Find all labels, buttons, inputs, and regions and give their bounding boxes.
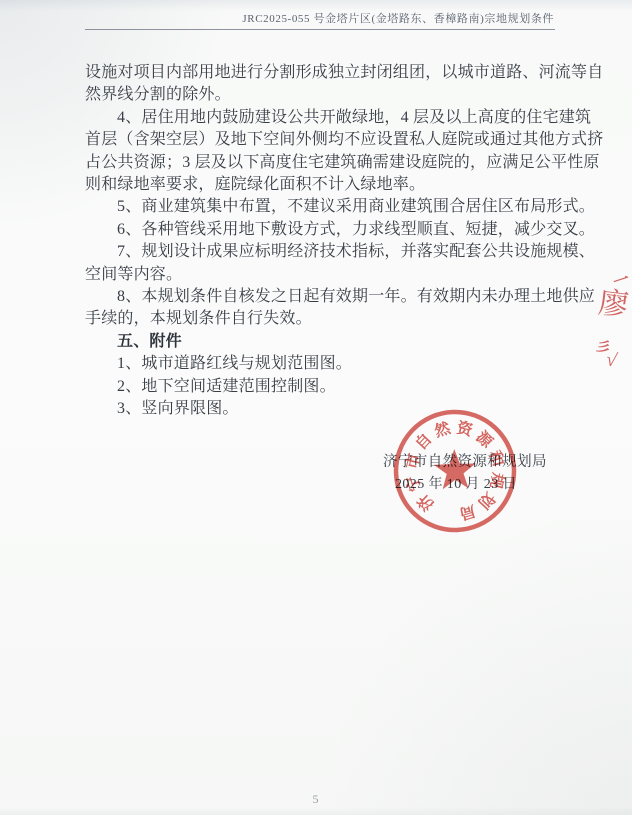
svg-text:局: 局 — [458, 501, 478, 523]
body-line: 手续的，本规划条件自行失效。 — [85, 308, 559, 330]
svg-text:然: 然 — [432, 418, 453, 441]
body-line: 首层（含架空层）及地下空间外侧均不应设置私人庭院或通过其他方式挤 — [85, 129, 559, 151]
svg-text:源: 源 — [473, 428, 497, 452]
body-line: 占公共资源；3 层及以下高度住宅建筑确需建设庭院的，应满足公平性原 — [85, 152, 559, 174]
body-line: 8、本规划条件自核发之日起有效期一年。有效期内未办理土地供应 — [85, 286, 559, 308]
body-line: 1、城市道路红线与规划范围图。 — [85, 353, 559, 375]
body-line: 空间等内容。 — [85, 264, 559, 286]
page-number: 5 — [0, 792, 632, 807]
svg-text:资: 资 — [455, 418, 475, 440]
header-title: JRC2025-055 号金塔片区(金塔路东、香樟路南)宗地规划条件 — [242, 10, 554, 26]
body-line: 设施对项目内部用地进行分割形成独立封闭组团，以城市道路、河流等自 — [85, 62, 559, 84]
handwritten-mark: 廖 — [596, 277, 631, 324]
svg-text:市: 市 — [402, 451, 424, 471]
body-line: 五、附件 — [85, 331, 559, 353]
body-line: 然界线分割的除外。 — [85, 84, 559, 106]
svg-text:划: 划 — [474, 489, 498, 513]
body-line: 5、商业建筑集中布置，不建议采用商业建筑围合居住区布局形式。 — [85, 196, 559, 218]
body-line: 4、居住用地内鼓励建设公共开敞绿地，4 层及以上高度的住宅建筑 — [85, 107, 559, 129]
official-seal: 济宁市自然资源和规划局 — [377, 393, 532, 548]
body-line: 7、规划设计成果应标明经济技术指标，并落实配套公共设施规模、 — [85, 241, 559, 263]
svg-text:宁: 宁 — [402, 473, 425, 494]
svg-text:自: 自 — [411, 429, 435, 453]
body-line: 则和绿地率要求，庭院绿化面积不计入绿地率。 — [85, 174, 559, 196]
header-rule — [85, 29, 555, 30]
seal-star-icon — [433, 448, 476, 489]
document-page: JRC2025-055 号金塔片区(金塔路东、香樟路南)宗地规划条件 设施对项目… — [0, 0, 632, 815]
svg-text:和: 和 — [485, 448, 508, 468]
svg-text:规: 规 — [486, 470, 507, 491]
body-line: 6、各种管线采用地下敷设方式，力求线型顺直、短捷，减少交叉。 — [85, 219, 559, 241]
svg-text:济: 济 — [413, 490, 438, 515]
body-text: 设施对项目内部用地进行分割形成独立封闭组团，以城市道路、河流等自然界线分割的除外… — [85, 62, 559, 421]
